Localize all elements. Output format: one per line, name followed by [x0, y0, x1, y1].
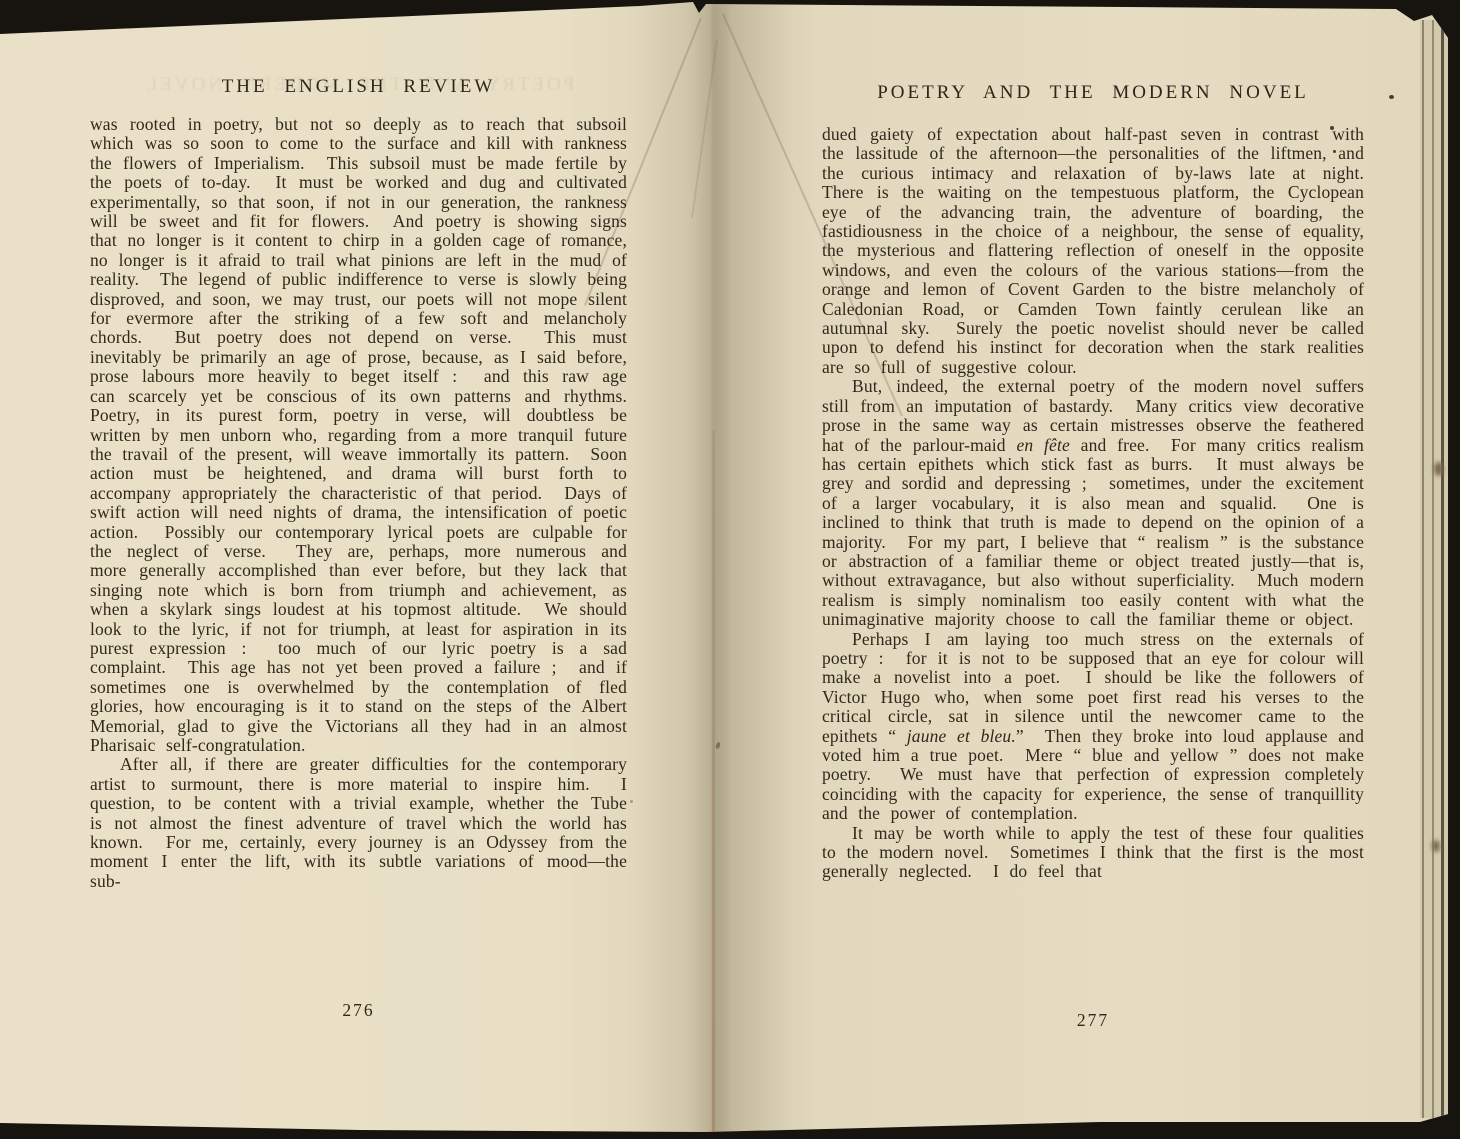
page-number-left: 276 [90, 1000, 627, 1021]
page-edge-stack [1420, 20, 1448, 1118]
page-number-right: 277 [822, 1010, 1364, 1031]
italic-phrase: en fête [1016, 435, 1069, 455]
page-edge-line [1441, 20, 1444, 1118]
gutter-crease-line [712, 430, 715, 1139]
paragraph: was rooted in poetry, but not so deeply … [90, 115, 627, 755]
foxing-speck [1389, 95, 1394, 99]
running-header-right: POETRY AND THE MODERN NOVEL [822, 82, 1364, 104]
running-header-left: THE ENGLISH REVIEW [90, 76, 627, 98]
page-edge-line [1422, 20, 1424, 1118]
paragraph: It may be worth while to apply the test … [822, 824, 1364, 882]
page-edge-line [1432, 20, 1434, 1118]
italic-phrase: jaune et bleu. [907, 726, 1016, 746]
paragraph: After all, if there are greater difficul… [90, 755, 627, 891]
paragraph: But, indeed, the external poetry of the … [822, 377, 1364, 629]
text-run: was rooted in poetry, but not so deeply … [90, 114, 648, 755]
right-page-body: dued gaiety of expectation about half-pa… [822, 125, 1364, 882]
paragraph: Perhaps I am laying too much stress on t… [822, 630, 1364, 824]
text-run: dued gaiety of expectation about half-pa… [822, 124, 1385, 377]
text-run: After all, if there are greater difficul… [90, 754, 638, 890]
page-stain [1432, 840, 1440, 852]
text-run: and free. For many critics realism has c… [822, 435, 1375, 630]
paragraph: dued gaiety of expectation about half-pa… [822, 125, 1364, 377]
book-spread: POETRY AND THE MODERN NOVEL THE ENGLISH … [0, 0, 1460, 1139]
text-run: It may be worth while to apply the test … [822, 823, 1375, 882]
page-stain [1434, 462, 1443, 476]
left-page-body: was rooted in poetry, but not so deeply … [90, 115, 627, 891]
